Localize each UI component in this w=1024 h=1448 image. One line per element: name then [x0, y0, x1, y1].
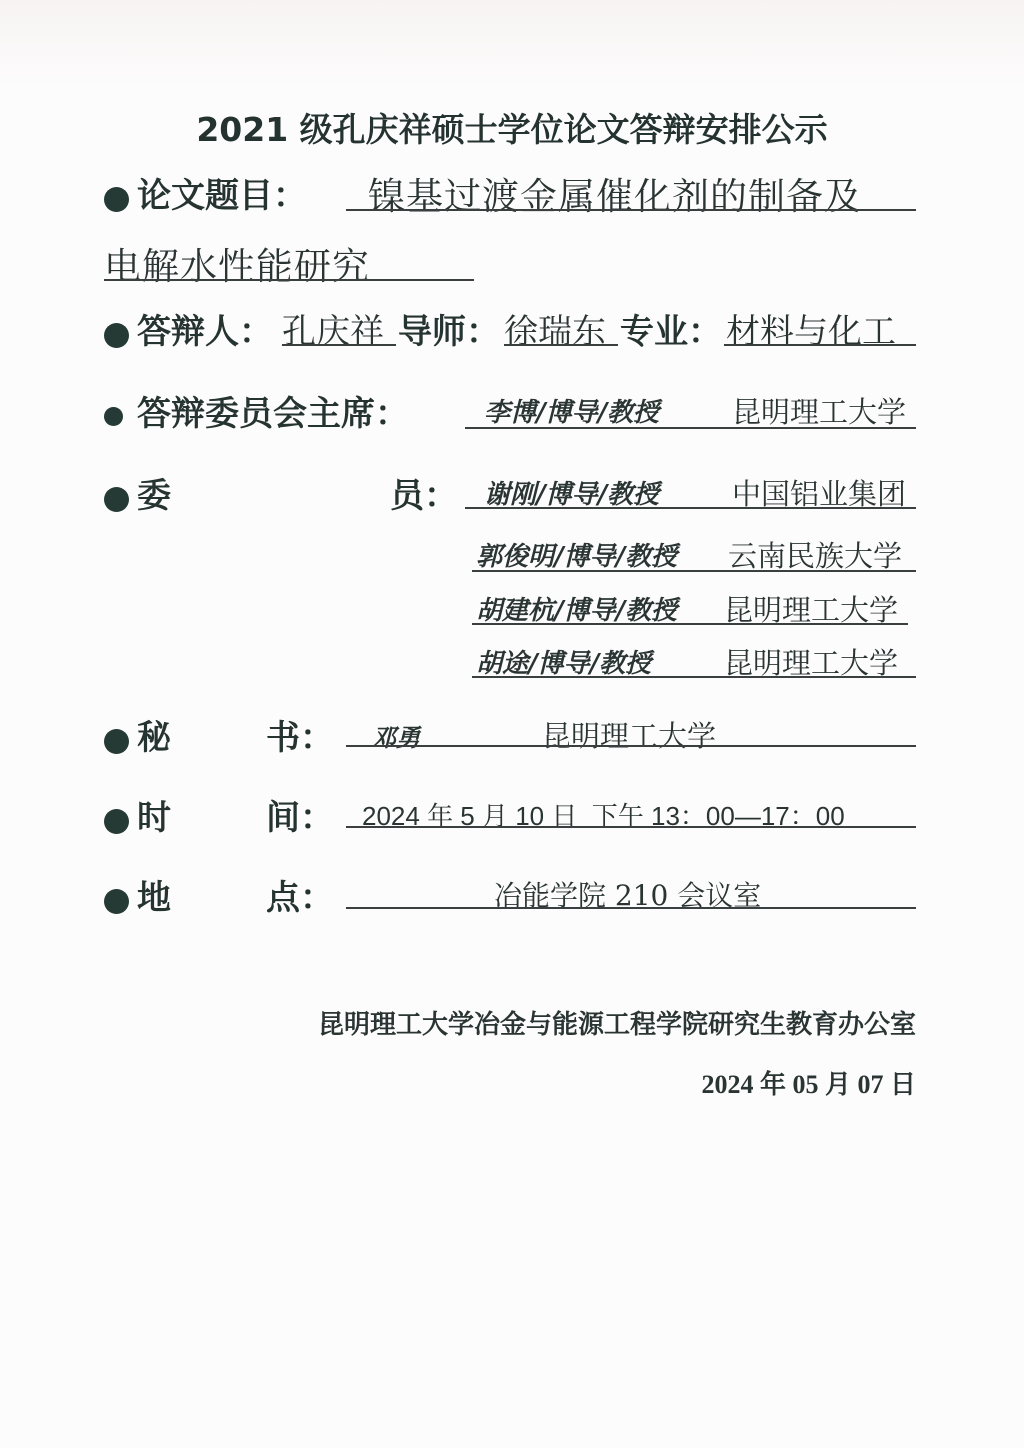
underline: [104, 279, 474, 281]
time-label-char1: 时: [137, 798, 171, 838]
members-row: 委: [104, 468, 171, 517]
location-label-char1: 地: [137, 878, 171, 918]
underline: [504, 344, 618, 346]
secretary-name: 邓勇: [372, 718, 420, 753]
location-label-char2: 点：: [266, 870, 334, 919]
bullet-icon: [104, 407, 123, 426]
underline: [282, 344, 396, 346]
underline: [465, 427, 916, 429]
chair-label: 答辩委员会主席：: [137, 394, 409, 434]
advisor-label: 导师：: [398, 304, 500, 353]
underline: [472, 676, 916, 678]
bullet-icon: [104, 487, 129, 512]
issue-date: 2024 年 05 月 07 日: [701, 1064, 916, 1101]
member-affiliation: 云南民族大学: [728, 534, 902, 575]
issuer: 昆明理工大学冶金与能源工程学院研究生教育办公室: [318, 1004, 916, 1041]
secretary-row: 秘: [104, 710, 171, 759]
member-name-title: 胡建杭/博导/教授: [476, 590, 677, 627]
time-row: 时: [104, 790, 171, 839]
chair-affiliation: 昆明理工大学: [732, 390, 906, 431]
underline: [346, 826, 916, 828]
underline: [346, 209, 916, 211]
secretary-label-char2: 书：: [266, 710, 334, 759]
major-label: 专业：: [620, 304, 722, 353]
location-row: 地: [104, 870, 171, 919]
chair-row: 答辩委员会主席：: [104, 386, 409, 435]
scan-tint: [0, 0, 1024, 90]
thesis-label: 论文题目：: [137, 176, 307, 216]
bullet-icon: [104, 729, 129, 754]
underline: [465, 507, 916, 509]
secretary-affiliation: 昆明理工大学: [542, 714, 716, 755]
bullet-icon: [104, 809, 129, 834]
underline: [472, 623, 908, 625]
member-name-title: 谢刚/博导/教授: [484, 474, 659, 511]
member-name-title: 胡途/博导/教授: [476, 643, 651, 680]
bullet-icon: [104, 323, 129, 348]
candidate-label: 答辩人：: [137, 312, 273, 352]
thesis-row: 论文题目：: [104, 168, 307, 217]
chair-name-title: 李博/博导/教授: [484, 392, 659, 429]
members-label-char2: 员：: [390, 468, 458, 517]
thesis-title-line1: 镍基过渡金属催化剂的制备及: [368, 166, 862, 220]
page-title: 2021 级孔庆祥硕士学位论文答辩安排公示: [0, 104, 1024, 151]
time-label-char2: 间：: [266, 790, 334, 839]
bullet-icon: [104, 889, 129, 914]
defense-row: 答辩人：: [104, 304, 273, 353]
underline: [724, 344, 916, 346]
underline: [472, 570, 916, 572]
thesis-title-line2: 电解水性能研究: [104, 236, 370, 290]
member-name-title: 郭俊明/博导/教授: [476, 536, 677, 573]
underline: [346, 745, 916, 747]
members-label-char1: 委: [137, 476, 171, 516]
secretary-label-char1: 秘: [137, 718, 171, 758]
bullet-icon: [104, 187, 129, 212]
underline: [346, 907, 916, 909]
